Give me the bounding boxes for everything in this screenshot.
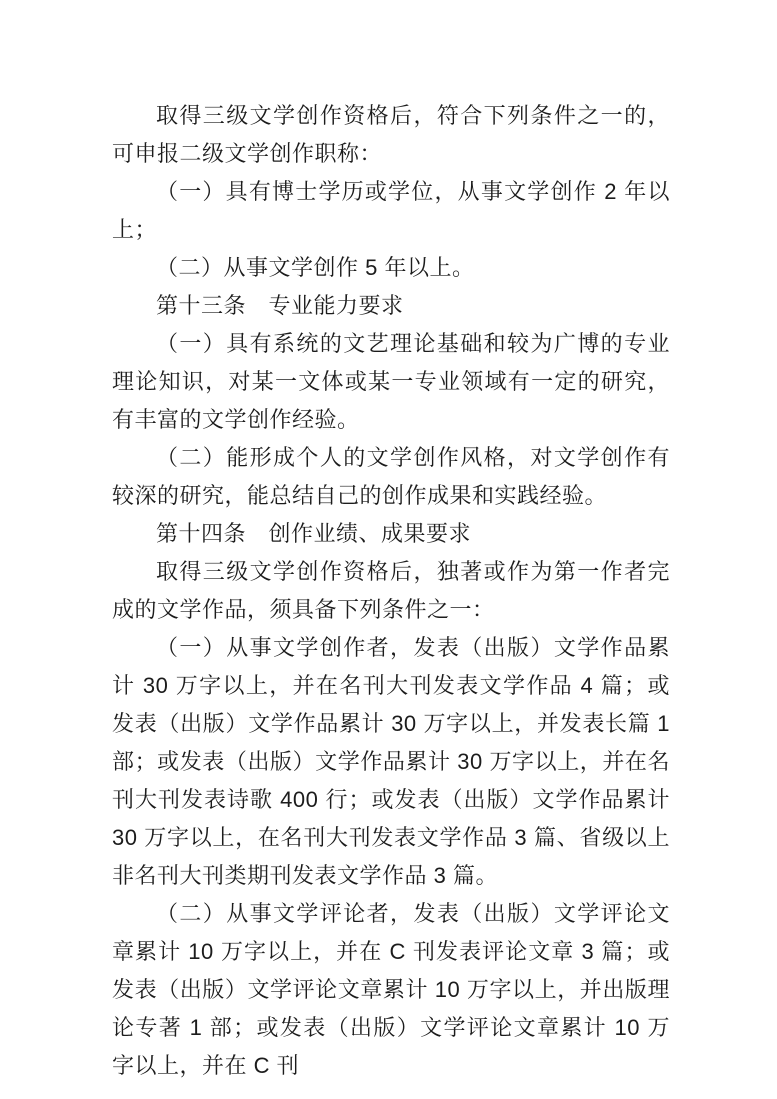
document-page: 取得三级文学创作资格后，符合下列条件之一的，可申报二级文学创作职称： （一）具有… (0, 0, 777, 1099)
paragraph-article14-intro: 取得三级文学创作资格后，独著或作为第一作者完成的文学作品，须具备下列条件之一： (112, 553, 670, 629)
paragraph-article13-item-1: （一）具有系统的文艺理论基础和较为广博的专业理论知识，对某一文体或某一专业领域有… (112, 325, 670, 439)
heading-article-13: 第十三条 专业能力要求 (112, 287, 670, 325)
paragraph-condition-1: （一）具有博士学历或学位，从事文学创作 2 年以上； (112, 173, 670, 249)
paragraph-article14-item-1: （一）从事文学创作者，发表（出版）文学作品累计 30 万字以上，并在名刊大刊发表… (112, 629, 670, 895)
paragraph-intro-level2-application: 取得三级文学创作资格后，符合下列条件之一的，可申报二级文学创作职称： (112, 97, 670, 173)
paragraph-article13-item-2: （二）能形成个人的文学创作风格，对文学创作有较深的研究，能总结自己的创作成果和实… (112, 439, 670, 515)
paragraph-article14-item-2: （二）从事文学评论者，发表（出版）文学评论文章累计 10 万字以上，并在 C 刊… (112, 895, 670, 1085)
document-body: 取得三级文学创作资格后，符合下列条件之一的，可申报二级文学创作职称： （一）具有… (112, 97, 670, 1085)
paragraph-condition-2: （二）从事文学创作 5 年以上。 (112, 249, 670, 287)
heading-article-14: 第十四条 创作业绩、成果要求 (112, 515, 670, 553)
